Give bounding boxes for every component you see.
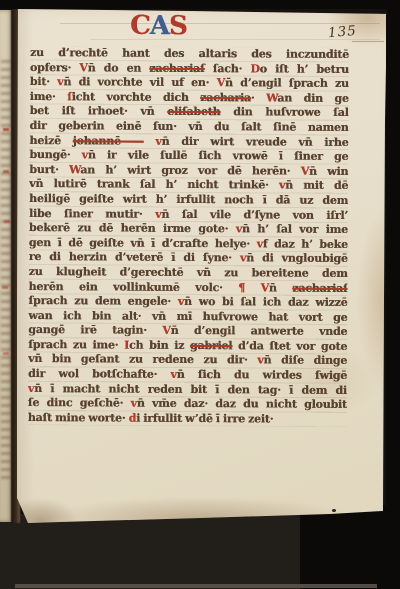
- rubric-initial: V: [79, 61, 87, 74]
- text-segment: vn̄ bin geſant zu redene zu dir·: [28, 352, 257, 366]
- text-segment: n̄ ſich du wirdes ſwigē: [177, 368, 347, 382]
- text-segment: n̄ di vorchte vil uf en·: [63, 75, 216, 89]
- text-segment: n̄ ī macht nicht reden bit ī den tag· ī …: [34, 382, 347, 397]
- text-segment: i irfullit w’dē ī irre zeit·: [136, 411, 273, 425]
- photo-background: CAS 135 zu d’rechtē hant des altaris des…: [0, 0, 400, 589]
- text-segment: n̄ d’engil antwerte vnde: [171, 324, 348, 338]
- text-segment: herēn ein vollinkumē volc·: [28, 279, 238, 293]
- struck-word: zachariaſ: [149, 61, 204, 74]
- text-segment: gen ī dē geiſte vn̄ ī d’crafte helye·: [29, 236, 257, 250]
- text-segment: o iſt h’ betru: [260, 62, 349, 76]
- text-segment: re di herzin d’veterē ī di ſyne·: [29, 250, 240, 264]
- facing-page-text-blur: [1, 60, 11, 480]
- text-segment: n̄: [269, 281, 292, 294]
- struck-word: eliſabeth: [167, 105, 220, 118]
- text-segment: dir geberin einē ſun· vn̄ du ſalt ſinē n…: [29, 119, 348, 134]
- text-segment: an din ge: [277, 91, 348, 104]
- text-segment: [143, 134, 155, 147]
- text-segment: n̄ do en: [88, 61, 150, 74]
- rubric-initial: V: [301, 164, 309, 177]
- text-segment: ſprach zu dem engele·: [28, 294, 177, 308]
- text-segment: din huſvrowe ſal: [220, 106, 348, 120]
- text-segment: n̄ dir wirt vreude vn̄ irhe: [162, 134, 349, 148]
- shadow-below-page: [0, 514, 312, 589]
- ink-speck: [332, 509, 336, 512]
- text-segment: n̄ vm̄e daz· daz du nicht gloubit: [137, 397, 347, 411]
- manuscript-line: haſt mine worte· di irfullit w’dē ī irre…: [28, 411, 347, 428]
- chapter-heading: CAS: [130, 12, 187, 40]
- text-segment: ſprach zu ime·: [28, 338, 124, 352]
- text-segment: ch bin iz: [129, 338, 190, 351]
- text-segment: icht vorchte dich: [72, 90, 201, 104]
- text-segment: n̄ h’ ſal vor ime: [242, 222, 348, 236]
- text-segment: n̄ di vngloubigē: [246, 252, 348, 266]
- text-segment: n̄ wo bi ſal ich daz wizzē: [184, 295, 348, 309]
- scan-bottom-edge: [15, 584, 377, 588]
- text-segment: opfers·: [30, 61, 79, 74]
- text-segment: d’da ſtet vor gote: [232, 339, 347, 353]
- text-segment: n̄ win: [309, 164, 348, 177]
- text-segment: n̄ mit dē: [285, 179, 348, 192]
- text-segment: bekerē zu dē herēn irme gote·: [29, 221, 236, 235]
- rubric-initial: W: [69, 163, 80, 176]
- text-segment: heizē: [29, 134, 72, 147]
- folio-ruling-line: [352, 41, 384, 42]
- text-segment: gangē irē tagin·: [28, 323, 162, 337]
- text-segment: heiligē geiſte wirt h’ irfullit noch ī d…: [29, 192, 348, 207]
- text-segment: burt·: [29, 163, 69, 176]
- rubric-initial: W: [266, 91, 277, 104]
- struck-word: johannē —: [73, 134, 144, 147]
- struck-word: zacharia: [200, 91, 251, 104]
- struck-word: gabriel: [190, 339, 232, 352]
- rubric-initial: ¶ V: [238, 281, 269, 294]
- text-segment: ſe dinc geſchē·: [28, 396, 131, 410]
- dark-backdrop-right-band: [386, 0, 400, 589]
- text-segment: dir wol botſchafte·: [28, 367, 171, 381]
- text-segment: libe ſiner mutir·: [29, 207, 155, 221]
- text-segment: bet iſt irhoet· vn̄: [30, 104, 168, 118]
- text-segment: vn̄ lutirē trank ſal h’ nicht trinkē·: [29, 177, 279, 192]
- rubric-initial: D: [250, 62, 259, 75]
- struck-word: zachariaſ: [292, 281, 347, 294]
- text-segment: ime·: [30, 90, 68, 103]
- text-segment: n̄ diſe dinge: [263, 354, 347, 368]
- folio-number: 135: [327, 23, 357, 41]
- manuscript-page: CAS 135 zu d’rechtē hant des altaris des…: [0, 0, 400, 589]
- text-segment: f daz h’ beke: [263, 237, 348, 251]
- text-segment: n̄ ſal vile d’ſyne von iſrl’: [161, 207, 348, 221]
- text-segment: haſt mine worte·: [28, 411, 129, 425]
- dark-backdrop-top-band: [0, 0, 400, 9]
- text-block: zu d’rechtē hant des altaris des inczund…: [28, 46, 349, 427]
- rubric-initial: V: [217, 76, 225, 89]
- heading-letter: C: [130, 11, 150, 41]
- text-segment: ſach·: [204, 62, 250, 75]
- text-segment: bit·: [30, 75, 57, 88]
- facing-page-rubric-marks: [3, 128, 9, 131]
- text-segment: an h’ wirt groz vor dē herēn·: [80, 163, 301, 177]
- text-segment: bungē·: [29, 148, 81, 161]
- text-segment: ·: [251, 91, 266, 104]
- heading-letter: A: [150, 11, 169, 41]
- text-segment: zu klugheit d’gerechtē vn̄ zu bereitene …: [29, 265, 348, 280]
- text-segment: n̄ ir vile ſullē ſich vrowē ī ſiner ge: [88, 149, 349, 164]
- text-segment: n̄ d’engil ſprach zu: [225, 76, 349, 90]
- dark-backdrop-lower-right: [300, 505, 400, 589]
- heading-letter: S: [169, 11, 187, 41]
- text-segment: wan ich bin alt· vn̄ mī huſvrowe hat vor…: [28, 309, 347, 324]
- text-segment: zu d’rechtē hant des altaris des inczund…: [30, 46, 349, 61]
